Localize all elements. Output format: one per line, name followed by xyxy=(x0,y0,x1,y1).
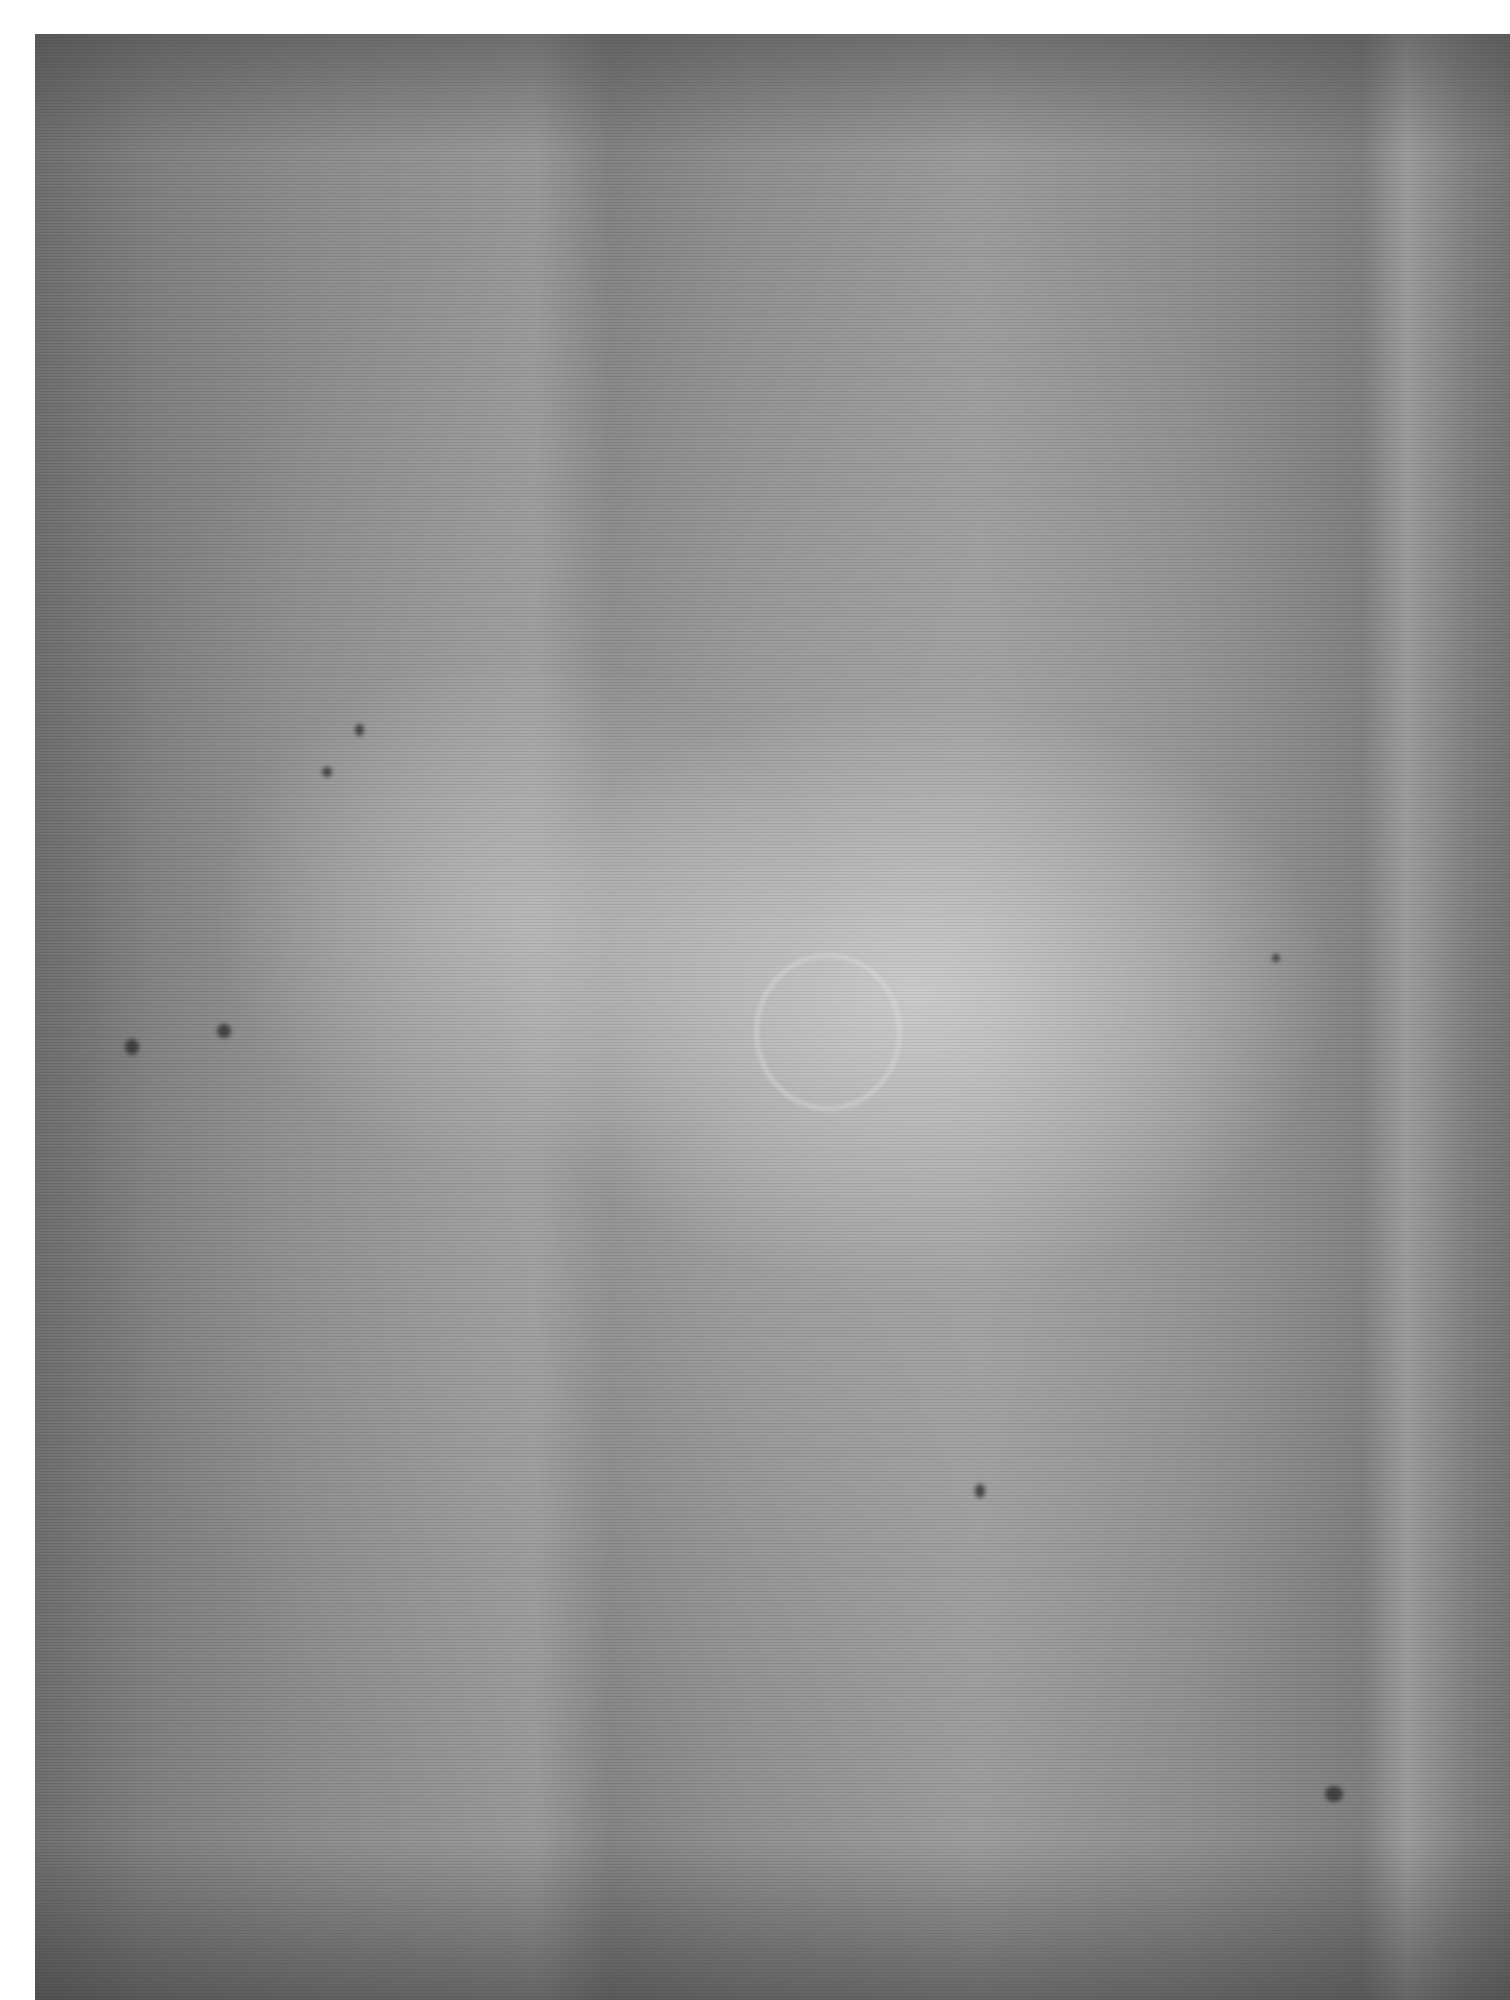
watermark xyxy=(755,954,901,1110)
ink-spot xyxy=(355,724,364,736)
ink-spot xyxy=(975,1484,985,1498)
ink-spot xyxy=(217,1024,231,1038)
left-ruler xyxy=(0,0,34,2000)
ink-spot xyxy=(1272,954,1280,962)
ink-spot xyxy=(125,1039,139,1055)
ink-spot xyxy=(1325,1786,1343,1802)
manuscript-scan xyxy=(35,34,1510,2000)
ink-spot xyxy=(322,767,332,777)
top-ruler xyxy=(0,0,1510,34)
